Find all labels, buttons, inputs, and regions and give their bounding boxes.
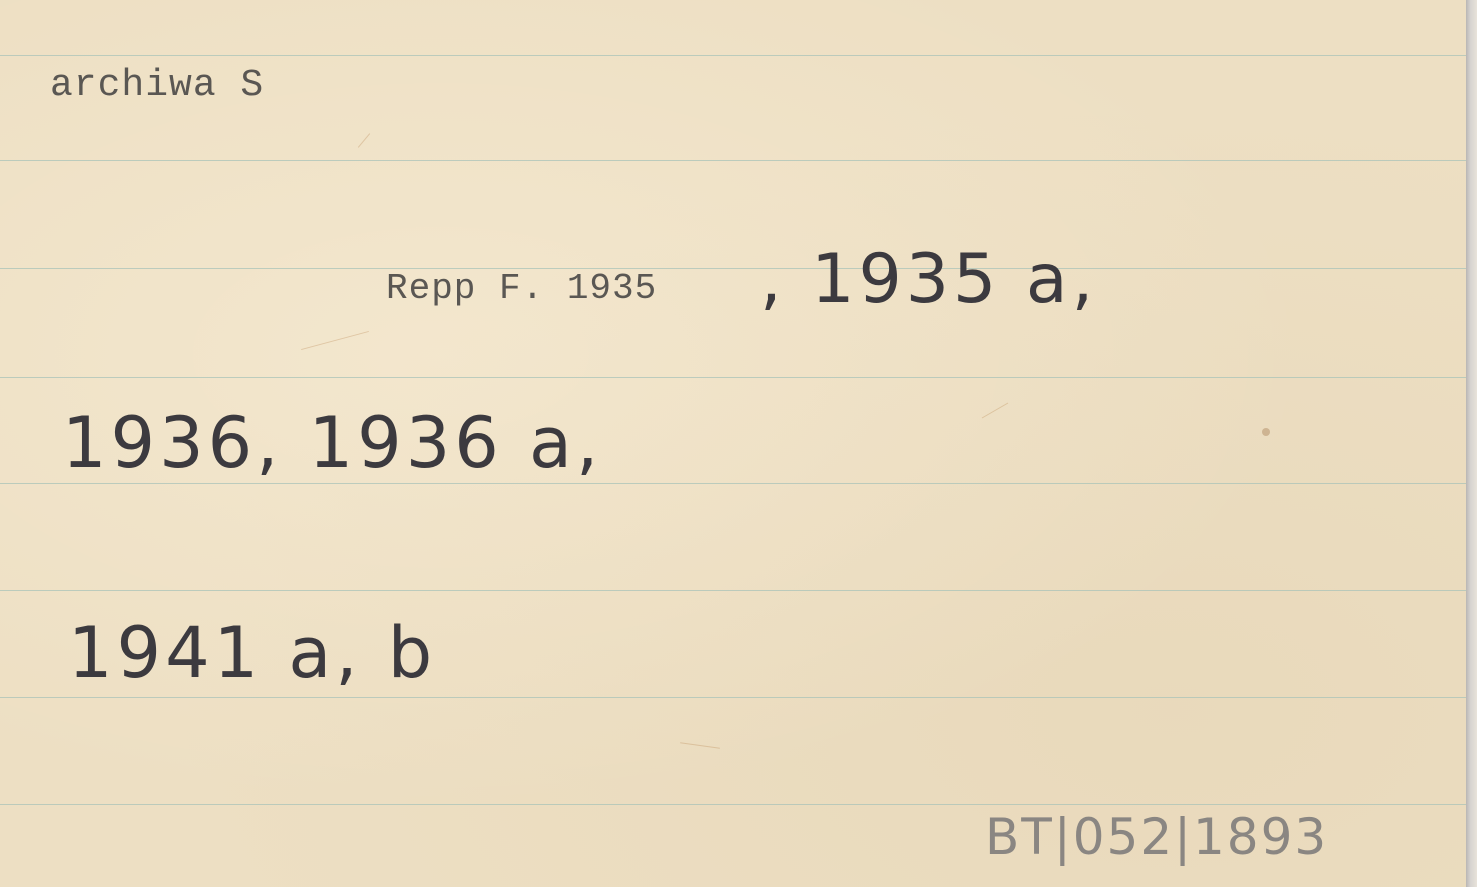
- ruled-line: [0, 55, 1466, 56]
- handwritten-years-line1: , 1935 a,: [760, 240, 1097, 319]
- card-edge: [1466, 0, 1477, 887]
- ruled-line: [0, 590, 1466, 591]
- ruled-line: [0, 377, 1466, 378]
- index-card: archiwa S Repp F. 1935 , 1935 a, 1936, 1…: [0, 0, 1466, 887]
- handwritten-years-line3: 1941 a, b: [68, 612, 436, 694]
- ruled-line: [0, 697, 1466, 698]
- catalog-number: BT|052|1893: [985, 808, 1328, 866]
- paper-fiber: [301, 331, 369, 350]
- handwritten-years-line2: 1936, 1936 a,: [62, 402, 602, 484]
- ruled-line: [0, 268, 1466, 269]
- author-year-typed: Repp F. 1935: [386, 268, 657, 309]
- paper-fiber: [1262, 428, 1270, 436]
- ruled-line: [0, 804, 1466, 805]
- paper-fiber: [358, 133, 370, 147]
- header-typed-text: archiwa S: [50, 64, 264, 107]
- ruled-line: [0, 160, 1466, 161]
- paper-fiber: [982, 403, 1008, 419]
- paper-fiber: [680, 742, 720, 749]
